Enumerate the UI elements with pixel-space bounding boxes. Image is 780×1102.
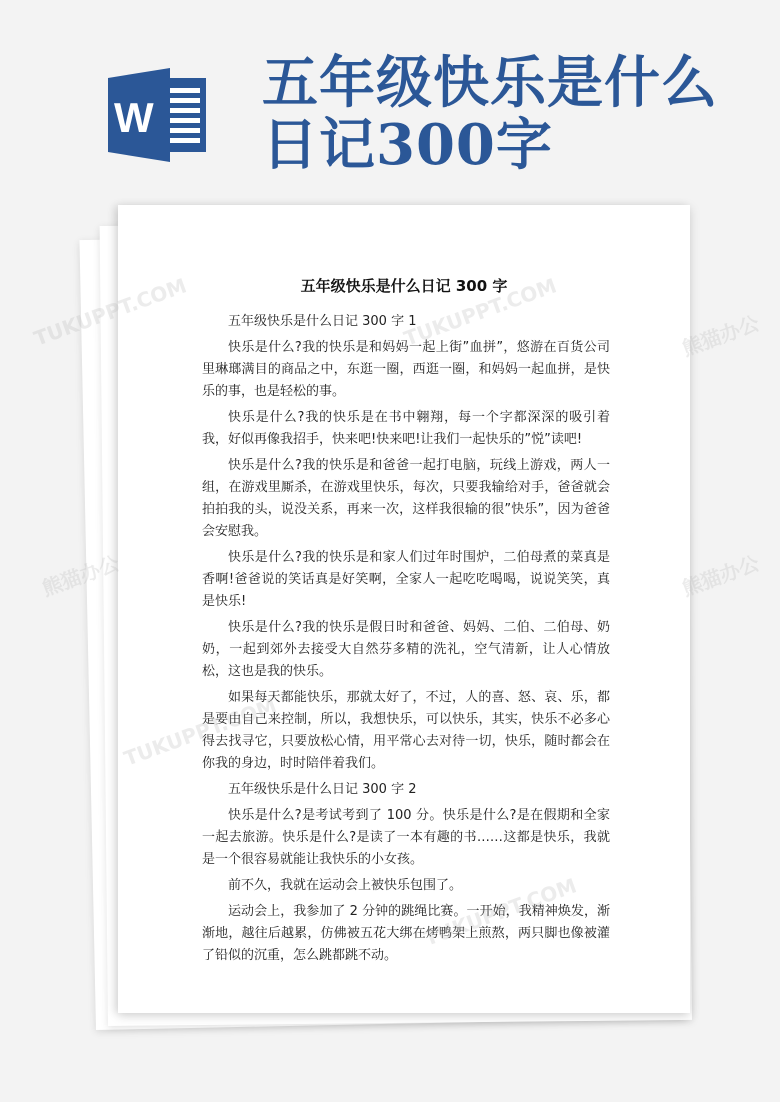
section-heading-2: 五年级快乐是什么日记 300 字 2 [202, 779, 610, 801]
section-heading-1: 五年级快乐是什么日记 300 字 1 [202, 311, 610, 333]
paragraph: 快乐是什么?是考试考到了 100 分。快乐是什么?是在假期和全家一起去旅游。快乐… [202, 805, 610, 871]
paragraph: 快乐是什么?我的快乐是和爸爸一起打电脑，玩线上游戏，两人一组，在游戏里厮杀，在游… [202, 455, 610, 543]
paragraph: 快乐是什么?我的快乐是和家人们过年时围炉，二伯母煮的菜真是香啊!爸爸说的笑话真是… [202, 547, 610, 613]
paragraph: 快乐是什么?我的快乐是在书中翱翔，每一个字都深深的吸引着我，好似再像我招手，快来… [202, 407, 610, 451]
document-body: 五年级快乐是什么日记 300 字 1 快乐是什么?我的快乐是和妈妈一起上街”血拼… [202, 311, 610, 971]
paragraph: 快乐是什么?我的快乐是假日时和爸爸、妈妈、二伯、二伯母、奶奶，一起到郊外去接受大… [202, 617, 610, 683]
document-title: 五年级快乐是什么日记 300 字 [118, 275, 690, 296]
paragraph: 前不久，我就在运动会上被快乐包围了。 [202, 875, 610, 897]
hero-title-line-1: 五年级快乐是什么 [262, 52, 742, 114]
paragraph: 运动会上，我参加了 2 分钟的跳绳比赛。一开始，我精神焕发，渐渐地，越往后越累，… [202, 901, 610, 967]
header-banner: W 五年级快乐是什么 日记300字 [0, 0, 780, 200]
word-letter: W [114, 94, 154, 141]
word-document-icon: W [108, 68, 208, 162]
hero-title-line-2: 日记300字 [262, 114, 742, 176]
paragraph: 快乐是什么?我的快乐是和妈妈一起上街”血拼”，悠游在百货公司里琳瑯满目的商品之中… [202, 337, 610, 403]
document-page: 五年级快乐是什么日记 300 字 五年级快乐是什么日记 300 字 1 快乐是什… [118, 205, 690, 1013]
hero-title: 五年级快乐是什么 日记300字 [262, 52, 742, 176]
paragraph: 如果每天都能快乐，那就太好了，不过，人的喜、怒、哀、乐，都是要由自己来控制，所以… [202, 687, 610, 775]
watermark: 熊猫办公 [677, 547, 762, 602]
watermark: 熊猫办公 [677, 307, 762, 362]
